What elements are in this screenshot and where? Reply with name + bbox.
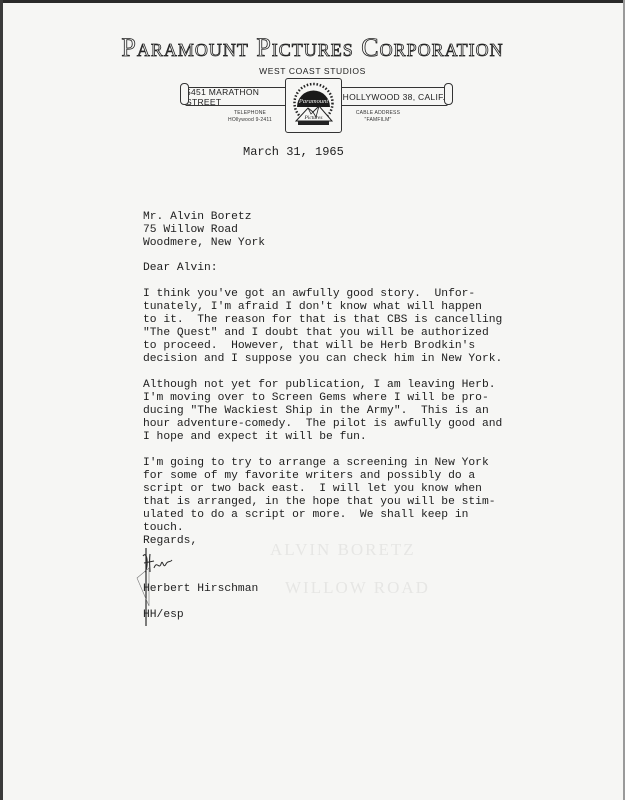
svg-text:Pictures: Pictures	[303, 115, 322, 121]
telephone-number: HOllywood 9-2411	[220, 117, 280, 124]
letter-date: March 31, 1965	[243, 146, 344, 159]
city-address: HOLLYWOOD 38, CALIF.	[343, 92, 446, 102]
telephone-block: TELEPHONE HOllywood 9-2411	[220, 110, 280, 124]
paramount-logo-icon: Paramount Pictures	[285, 78, 342, 133]
scroll-curl-icon	[180, 83, 189, 105]
recipient-address: Mr. Alvin Boretz75 Willow RoadWoodmere, …	[143, 211, 265, 250]
body-paragraph: Although not yet for publication, I am l…	[143, 379, 502, 444]
recipient-street: 75 Willow Road	[143, 224, 265, 237]
recipient-city: Woodmere, New York	[143, 237, 265, 250]
cable-address: "FAMFILM"	[348, 117, 408, 124]
cable-label: CABLE ADDRESS	[348, 110, 408, 117]
company-name: Paramount Pictures Corporation	[0, 33, 625, 63]
telephone-label: TELEPHONE	[220, 110, 280, 117]
division-name: WEST COAST STUDIOS	[0, 66, 625, 76]
bleed-through-text: ALVIN BORETZ	[270, 540, 416, 560]
cable-block: CABLE ADDRESS "FAMFILM"	[348, 110, 408, 124]
svg-text:Paramount: Paramount	[298, 98, 328, 105]
signer-name: Herbert Hirschman	[143, 583, 258, 596]
salutation: Dear Alvin:	[143, 262, 218, 275]
bleed-through-text: WILLOW ROAD	[285, 578, 430, 598]
street-banner: 5451 MARATHON STREET	[185, 87, 287, 106]
city-banner: HOLLYWOOD 38, CALIF.	[340, 87, 448, 106]
scan-edge-left	[0, 0, 3, 800]
closing: Regards,	[143, 535, 197, 548]
body-paragraph: I'm going to try to arrange a screening …	[143, 457, 496, 535]
recipient-name: Mr. Alvin Boretz	[143, 211, 265, 224]
body-paragraph: I think you've got an awfully good story…	[143, 288, 502, 366]
reference-initials: HH/esp	[143, 609, 184, 622]
scan-edge-top	[0, 0, 625, 3]
street-address: 5451 MARATHON STREET	[186, 87, 286, 107]
scroll-curl-icon	[444, 83, 453, 105]
